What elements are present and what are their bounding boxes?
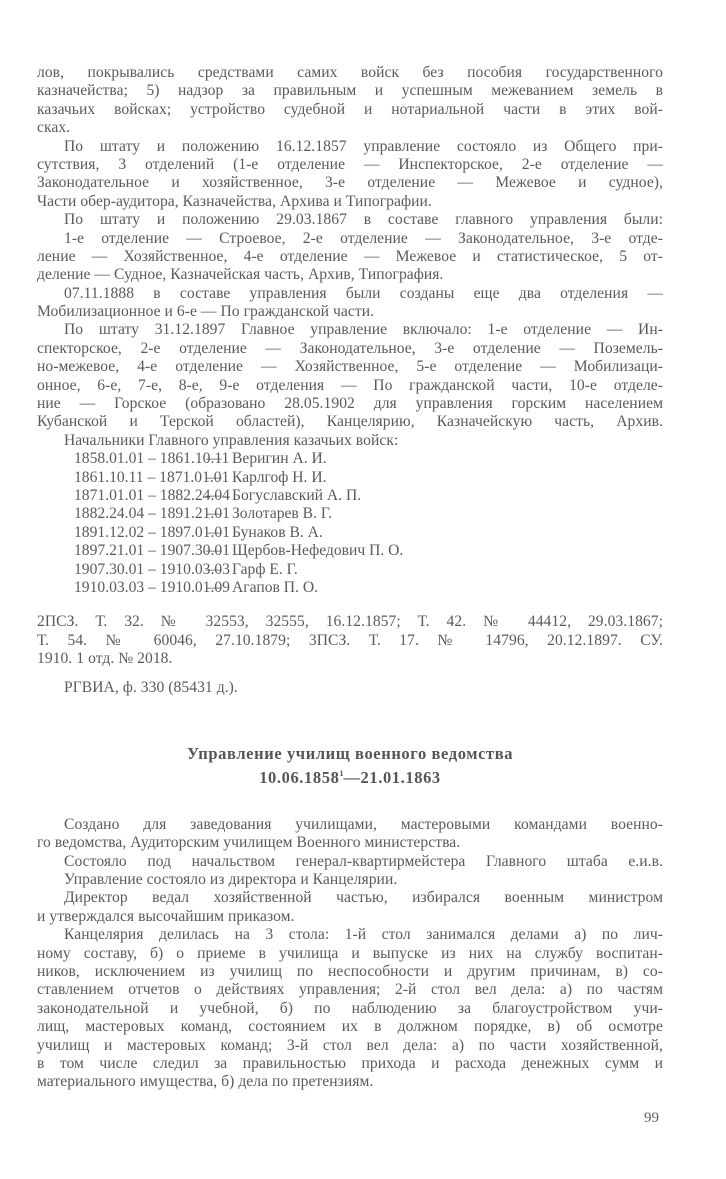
text-line: По штату и положению 16.12.1857 управлен… — [37, 138, 663, 156]
separator-dash: — — [203, 450, 232, 468]
text-line: 1-е отделение — Строевое, 2-е отделение … — [37, 230, 663, 248]
list-item: 1910.03.03 – 1910.01.09 — Агапов П. О. — [37, 579, 663, 597]
text-line: Канцелярия делилась на 3 стола: 1-й стол… — [37, 926, 663, 944]
text-line: Управление состояло из директора и Канце… — [37, 871, 663, 889]
page-body: лов, покрывались средствами самих войск … — [37, 64, 663, 1092]
list-item: 1891.12.02 – 1897.01.01 — Бунаков В. А. — [37, 524, 663, 542]
paragraph-staff-1867: По штату и положению 29.03.1867 в состав… — [37, 211, 663, 229]
heads-list-intro: Начальники Главного управления казачьих … — [37, 432, 663, 450]
page-number: 99 — [644, 1110, 659, 1127]
paragraph-functions-end: лов, покрывались средствами самих войск … — [37, 64, 663, 138]
text-line: спекторское, 2-е отделение — Законодател… — [37, 340, 663, 358]
head-name: Веригин А. И. — [232, 450, 327, 468]
text-line: Кубанской и Терской областей), Канцеляри… — [37, 413, 663, 431]
list-item: 1897.21.01 – 1907.30.01 — Щербов-Нефедов… — [37, 542, 663, 560]
separator-dash: — — [203, 487, 232, 505]
section-body: Создано для заведования училищами, масте… — [37, 816, 663, 1092]
text-line: Законодательное и хозяйственное, 3-е отд… — [37, 174, 663, 192]
text-line: лищ, мастеровых команд, состоянием их в … — [37, 1018, 663, 1036]
paragraph-staff-1857: По штату и положению 16.12.1857 управлен… — [37, 138, 663, 212]
text-line: сках. — [37, 119, 663, 137]
text-line: По штату и положению 29.03.1867 в состав… — [37, 211, 663, 229]
paragraph-staff-1897: По штату 31.12.1897 Главное управление в… — [37, 321, 663, 431]
tenure-dates: 1882.24.04 – 1891.21.01 — [74, 505, 203, 523]
text-line: деление — Судное, Казначейская часть, Ар… — [37, 266, 663, 284]
list-item: 1907.30.01 – 1910.03.03 — Гарф Е. Г. — [37, 561, 663, 579]
paragraph-chancellery: Канцелярия делилась на 3 стола: 1-й стол… — [37, 926, 663, 1092]
tenure-dates: 1858.01.01 – 1861.10.11 — [74, 450, 203, 468]
list-item: 1882.24.04 – 1891.21.01 — Золотарев В. Г… — [37, 505, 663, 523]
text-line: ление — Хозяйственное, 4-е отделение — М… — [37, 248, 663, 266]
text-line: ставлением отчетов о действиях управлени… — [37, 981, 663, 999]
text-line: Мобилизационное и 6-е — По гражданской ч… — [37, 303, 663, 321]
text-line: ние — Горское (образовано 28.05.1902 для… — [37, 395, 663, 413]
text-line: 2ПСЗ. Т. 32. № 32553, 32555, 16.12.1857;… — [37, 613, 663, 631]
heads-list: 1858.01.01 – 1861.10.11 — Веригин А. И. … — [37, 450, 663, 597]
list-item: 1871.01.01 – 1882.24.04 — Богуславский А… — [37, 487, 663, 505]
archive-reference: РГВИА, ф. 330 (85431 д.). — [37, 679, 663, 697]
tenure-dates: 1891.12.02 – 1897.01.01 — [74, 524, 203, 542]
text-line: и утверждался высочайшим приказом. — [37, 908, 663, 926]
text-line: го ведомства, Аудиторским училищем Военн… — [37, 834, 663, 852]
text-line: ному составу, б) о приеме в училища и вы… — [37, 945, 663, 963]
separator-dash: — — [203, 579, 232, 597]
head-name: Гарф Е. Г. — [232, 561, 298, 579]
text-line: По штату 31.12.1897 Главное управление в… — [37, 321, 663, 339]
paragraph-departments-1867: 1-е отделение — Строевое, 2-е отделение … — [37, 230, 663, 285]
text-line: Состояло под начальством генерал-квартир… — [37, 853, 663, 871]
tenure-dates: 1907.30.01 – 1910.03.03 — [74, 561, 203, 579]
text-line: Создано для заведования училищами, масте… — [37, 816, 663, 834]
paragraph-creation: Создано для заведования училищами, масте… — [37, 816, 663, 853]
list-item: 1858.01.01 – 1861.10.11 — Веригин А. И. — [37, 450, 663, 468]
text-line: но-межевое, 4-е отделение — Хозяйственно… — [37, 358, 663, 376]
paragraph-1888: 07.11.1888 в составе управления были соз… — [37, 285, 663, 322]
text-line: Части обер-аудитора, Казначейства, Архив… — [37, 193, 663, 211]
text-line: сутствия, 3 отделений (1-е отделение — И… — [37, 156, 663, 174]
text-line: 07.11.1888 в составе управления были соз… — [37, 285, 663, 303]
paragraph-director: Директор ведал хозяйственной частью, изб… — [37, 889, 663, 926]
text-line: материального имущества, б) дела по прет… — [37, 1073, 663, 1091]
head-name: Карлгоф Н. И. — [232, 469, 327, 487]
text-line: казачьих войсках; устройство судебной и … — [37, 101, 663, 119]
separator-dash: — — [203, 542, 232, 560]
text-line: онное, 6-е, 7-е, 8-е, 9-е отделения — По… — [37, 377, 663, 395]
text-line: Т. 54. № 60046, 27.10.1879; 3ПСЗ. Т. 17.… — [37, 632, 663, 650]
text-line: ников, исключением из училищ по неспособ… — [37, 963, 663, 981]
text-line: 1910. 1 отд. № 2018. — [37, 650, 663, 668]
head-name: Золотарев В. Г. — [232, 505, 332, 523]
list-item: 1861.10.11 – 1871.01.01 — Карлгоф Н. И. — [37, 469, 663, 487]
head-name: Агапов П. О. — [232, 579, 318, 597]
paragraph-composition: Управление состояло из директора и Канце… — [37, 871, 663, 889]
section-dates: 10.06.18581—21.01.1863 — [37, 764, 663, 788]
separator-dash: — — [203, 469, 232, 487]
tenure-dates: 1897.21.01 – 1907.30.01 — [74, 542, 203, 560]
separator-dash: — — [203, 505, 232, 523]
section-heading: Управление училищ военного ведомства 10.… — [37, 744, 663, 788]
text-line: казначейства; 5) надзор за правильным и … — [37, 82, 663, 100]
text-line: лов, покрывались средствами самих войск … — [37, 64, 663, 82]
text-line: в том числе следил за правильностью прих… — [37, 1055, 663, 1073]
text-line: законодательной и учебной, б) по наблюде… — [37, 1000, 663, 1018]
text-line: училищ и мастеровых команд; 3-й стол вел… — [37, 1037, 663, 1055]
date-start: 10.06.1858 — [259, 768, 339, 787]
legal-references: 2ПСЗ. Т. 32. № 32553, 32555, 16.12.1857;… — [37, 613, 663, 668]
head-name: Бунаков В. А. — [232, 524, 323, 542]
date-end: —21.01.1863 — [343, 768, 440, 787]
head-name: Богуславский А. П. — [232, 487, 361, 505]
tenure-dates: 1871.01.01 – 1882.24.04 — [74, 487, 203, 505]
section-title: Управление училищ военного ведомства — [37, 744, 663, 764]
paragraph-subordination: Состояло под начальством генерал-квартир… — [37, 853, 663, 871]
head-name: Щербов-Нефедович П. О. — [232, 542, 403, 560]
separator-dash: — — [203, 561, 232, 579]
text-line: Директор ведал хозяйственной частью, изб… — [37, 889, 663, 907]
tenure-dates: 1910.03.03 – 1910.01.09 — [74, 579, 203, 597]
separator-dash: — — [203, 524, 232, 542]
tenure-dates: 1861.10.11 – 1871.01.01 — [74, 469, 203, 487]
